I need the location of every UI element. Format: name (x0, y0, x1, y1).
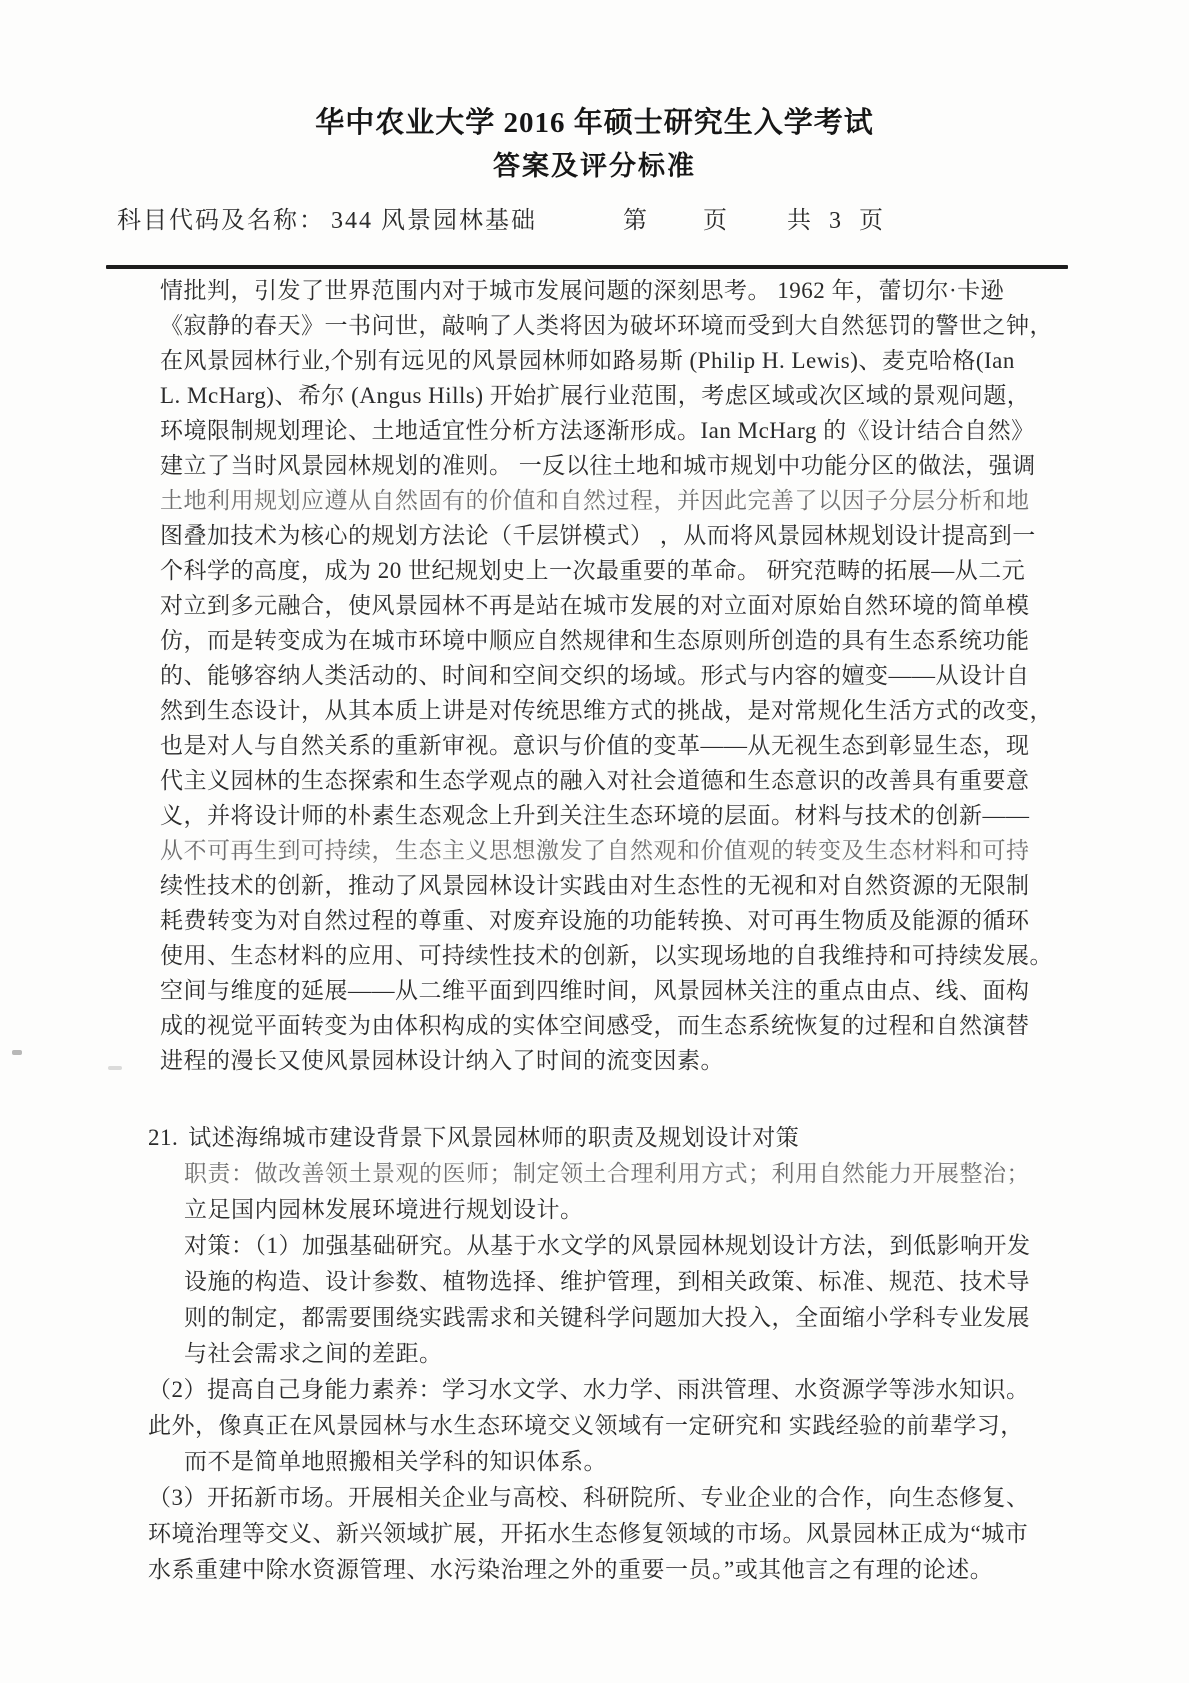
text-line: 环境限制规划理论、土地适宜性分析方法逐渐形成。Ian McHarg 的《设计结合… (160, 413, 1070, 448)
text-line: 空间与维度的延展——从二维平面到四维时间，风景园林关注的重点由点、线、面构 (160, 973, 1070, 1008)
text-line: 续性技术的创新，推动了风景园林设计实践由对生态性的无视和对自然资源的无限制 (160, 868, 1070, 903)
answer-line: 环境治理等交义、新兴领域扩展，开拓水生态修复领域的市场。风景园林正成为“城市 (148, 1516, 1070, 1552)
text-line: 建立了当时风景园林规划的准则。 一反以往土地和城市规划中功能分区的做法，强调 (160, 448, 1070, 483)
document-content: 情批判，引发了世界范围内对于城市发展问题的深刻思考。 1962 年，蕾切尔·卡逊… (148, 273, 1070, 1588)
question-21-block: 21. 试述海绵城市建设背景下风景园林师的职责及规划设计对策 职责：做改善领土景… (148, 1120, 1070, 1588)
text-line: 《寂静的春天》一书问世，敲响了人类将因为破坏环境而受到大自然惩罚的警世之钟， (160, 308, 1070, 343)
text-line: 也是对人与自然关系的重新审视。意识与价值的变革——从无视生态到彰显生态，现 (160, 728, 1070, 763)
text-line: 成的视觉平面转变为由体积构成的实体空间感受，而生态系统恢复的过程和自然演替 (160, 1008, 1070, 1043)
answer-line: 对策：（1）加强基础研究。从基于水文学的风景园林规划设计方法，到低影响开发 (148, 1228, 1070, 1264)
text-line: 耗费转变为对自然过程的尊重、对废弃设施的功能转换、对可再生物质及能源的循环 (160, 903, 1070, 938)
page-number-suffix: 页 (703, 200, 729, 235)
answer-line: 水系重建中除水资源管理、水污染治理之外的重要一员。”或其他言之有理的论述。 (148, 1552, 1070, 1588)
total-pages-label: 共 3 页 (787, 200, 889, 235)
text-line: 使用、生态材料的应用、可持续性技术的创新，以实现场地的自我维持和可持续发展。 (160, 938, 1070, 973)
answer-line: 而不是简单地照搬相关学科的知识体系。 (148, 1444, 1070, 1480)
text-line: 图叠加技术为核心的规划方法论（千层饼模式） ，从而将风景园林规划设计提高到一 (160, 518, 1070, 553)
subject-code-label: 科目代码及名称： (117, 200, 325, 235)
subject-code-value: 344 风景园林基础 (331, 200, 537, 235)
answer-line: （3）开拓新市场。开展相关企业与高校、科研院所、专业企业的合作，向生态修复、 (148, 1480, 1070, 1516)
page-number-prefix: 第 (623, 200, 649, 235)
question-21-heading: 21. 试述海绵城市建设背景下风景园林师的职责及规划设计对策 (148, 1120, 1070, 1156)
answer-line: （2）提高自己身能力素养：学习水文学、水力学、雨洪管理、水资源学等涉水知识。 (148, 1372, 1070, 1408)
text-line: 对立到多元融合，使风景园林不再是站在城市发展的对立面对原始自然环境的简单模 (160, 588, 1070, 623)
text-line: 仿，而是转变成为在城市环境中顺应自然规律和生态原则所创造的具有生态系统功能 (160, 623, 1070, 658)
text-line: 个科学的高度，成为 20 世纪规划史上一次最重要的革命。 研究范畴的拓展—从二元 (160, 553, 1070, 588)
scan-artifact (12, 1050, 22, 1055)
answer-line: 职责：做改善领土景观的医师；制定领土合理利用方式；利用自然能力开展整治； (148, 1156, 1070, 1192)
text-line: 的、能够容纳人类活动的、时间和空间交织的场域。形式与内容的嬗变——从设计自 (160, 658, 1070, 693)
subject-info-row: 科目代码及名称： 344 风景园林基础 第 页 共 3 页 (117, 200, 1070, 235)
header-divider-rule (106, 265, 1068, 269)
body-paragraph: 情批判，引发了世界范围内对于城市发展问题的深刻思考。 1962 年，蕾切尔·卡逊… (148, 273, 1070, 1078)
answer-line: 立足国内园林发展环境进行规划设计。 (148, 1192, 1070, 1228)
text-line: 义，并将设计师的朴素生态观念上升到关注生态环境的层面。材料与技术的创新—— (160, 798, 1070, 833)
text-line: L. McHarg)、希尔 (Angus Hills) 开始扩展行业范围，考虑区… (160, 378, 1070, 413)
scan-artifact (108, 1066, 122, 1070)
answer-line: 与社会需求之间的差距。 (148, 1336, 1070, 1372)
answer-line: 设施的构造、设计参数、植物选择、维护管理，到相关政策、标准、规范、技术导 (148, 1264, 1070, 1300)
text-line: 情批判，引发了世界范围内对于城市发展问题的深刻思考。 1962 年，蕾切尔·卡逊 (160, 273, 1070, 308)
text-line: 然到生态设计，从其本质上讲是对传统思维方式的挑战，是对常规化生活方式的改变， (160, 693, 1070, 728)
text-line: 土地利用规划应遵从自然固有的价值和自然过程，并因此完善了以因子分层分析和地 (160, 483, 1070, 518)
question-title: 试述海绵城市建设背景下风景园林师的职责及规划设计对策 (188, 1120, 799, 1156)
answer-line: 则的制定，都需要围绕实践需求和关键科学问题加大投入，全面缩小学科专业发展 (148, 1300, 1070, 1336)
text-line: 进程的漫长又使风景园林设计纳入了时间的流变因素。 (160, 1043, 1070, 1078)
text-line: 代主义园林的生态探索和生态学观点的融入对社会道德和生态意识的改善具有重要意 (160, 763, 1070, 798)
exam-title: 华中农业大学 2016 年硕士研究生入学考试 (0, 104, 1189, 142)
text-line: 从不可再生到可持续，生态主义思想激发了自然观和价值观的转变及生态材料和可持 (160, 833, 1070, 868)
answer-line: 此外，像真正在风景园林与水生态环境交义领域有一定研究和 实践经验的前辈学习， (148, 1408, 1070, 1444)
question-21-answer: 职责：做改善领土景观的医师；制定领土合理利用方式；利用自然能力开展整治；立足国内… (148, 1156, 1070, 1588)
text-line: 在风景园林行业,个别有远见的风景园林师如路易斯 (Philip H. Lewis… (160, 343, 1070, 378)
document-page: 华中农业大学 2016 年硕士研究生入学考试 答案及评分标准 科目代码及名称： … (0, 0, 1189, 1683)
answer-key-subtitle: 答案及评分标准 (0, 148, 1189, 184)
question-number: 21. (148, 1120, 178, 1156)
document-header: 华中农业大学 2016 年硕士研究生入学考试 答案及评分标准 科目代码及名称： … (0, 0, 1189, 269)
